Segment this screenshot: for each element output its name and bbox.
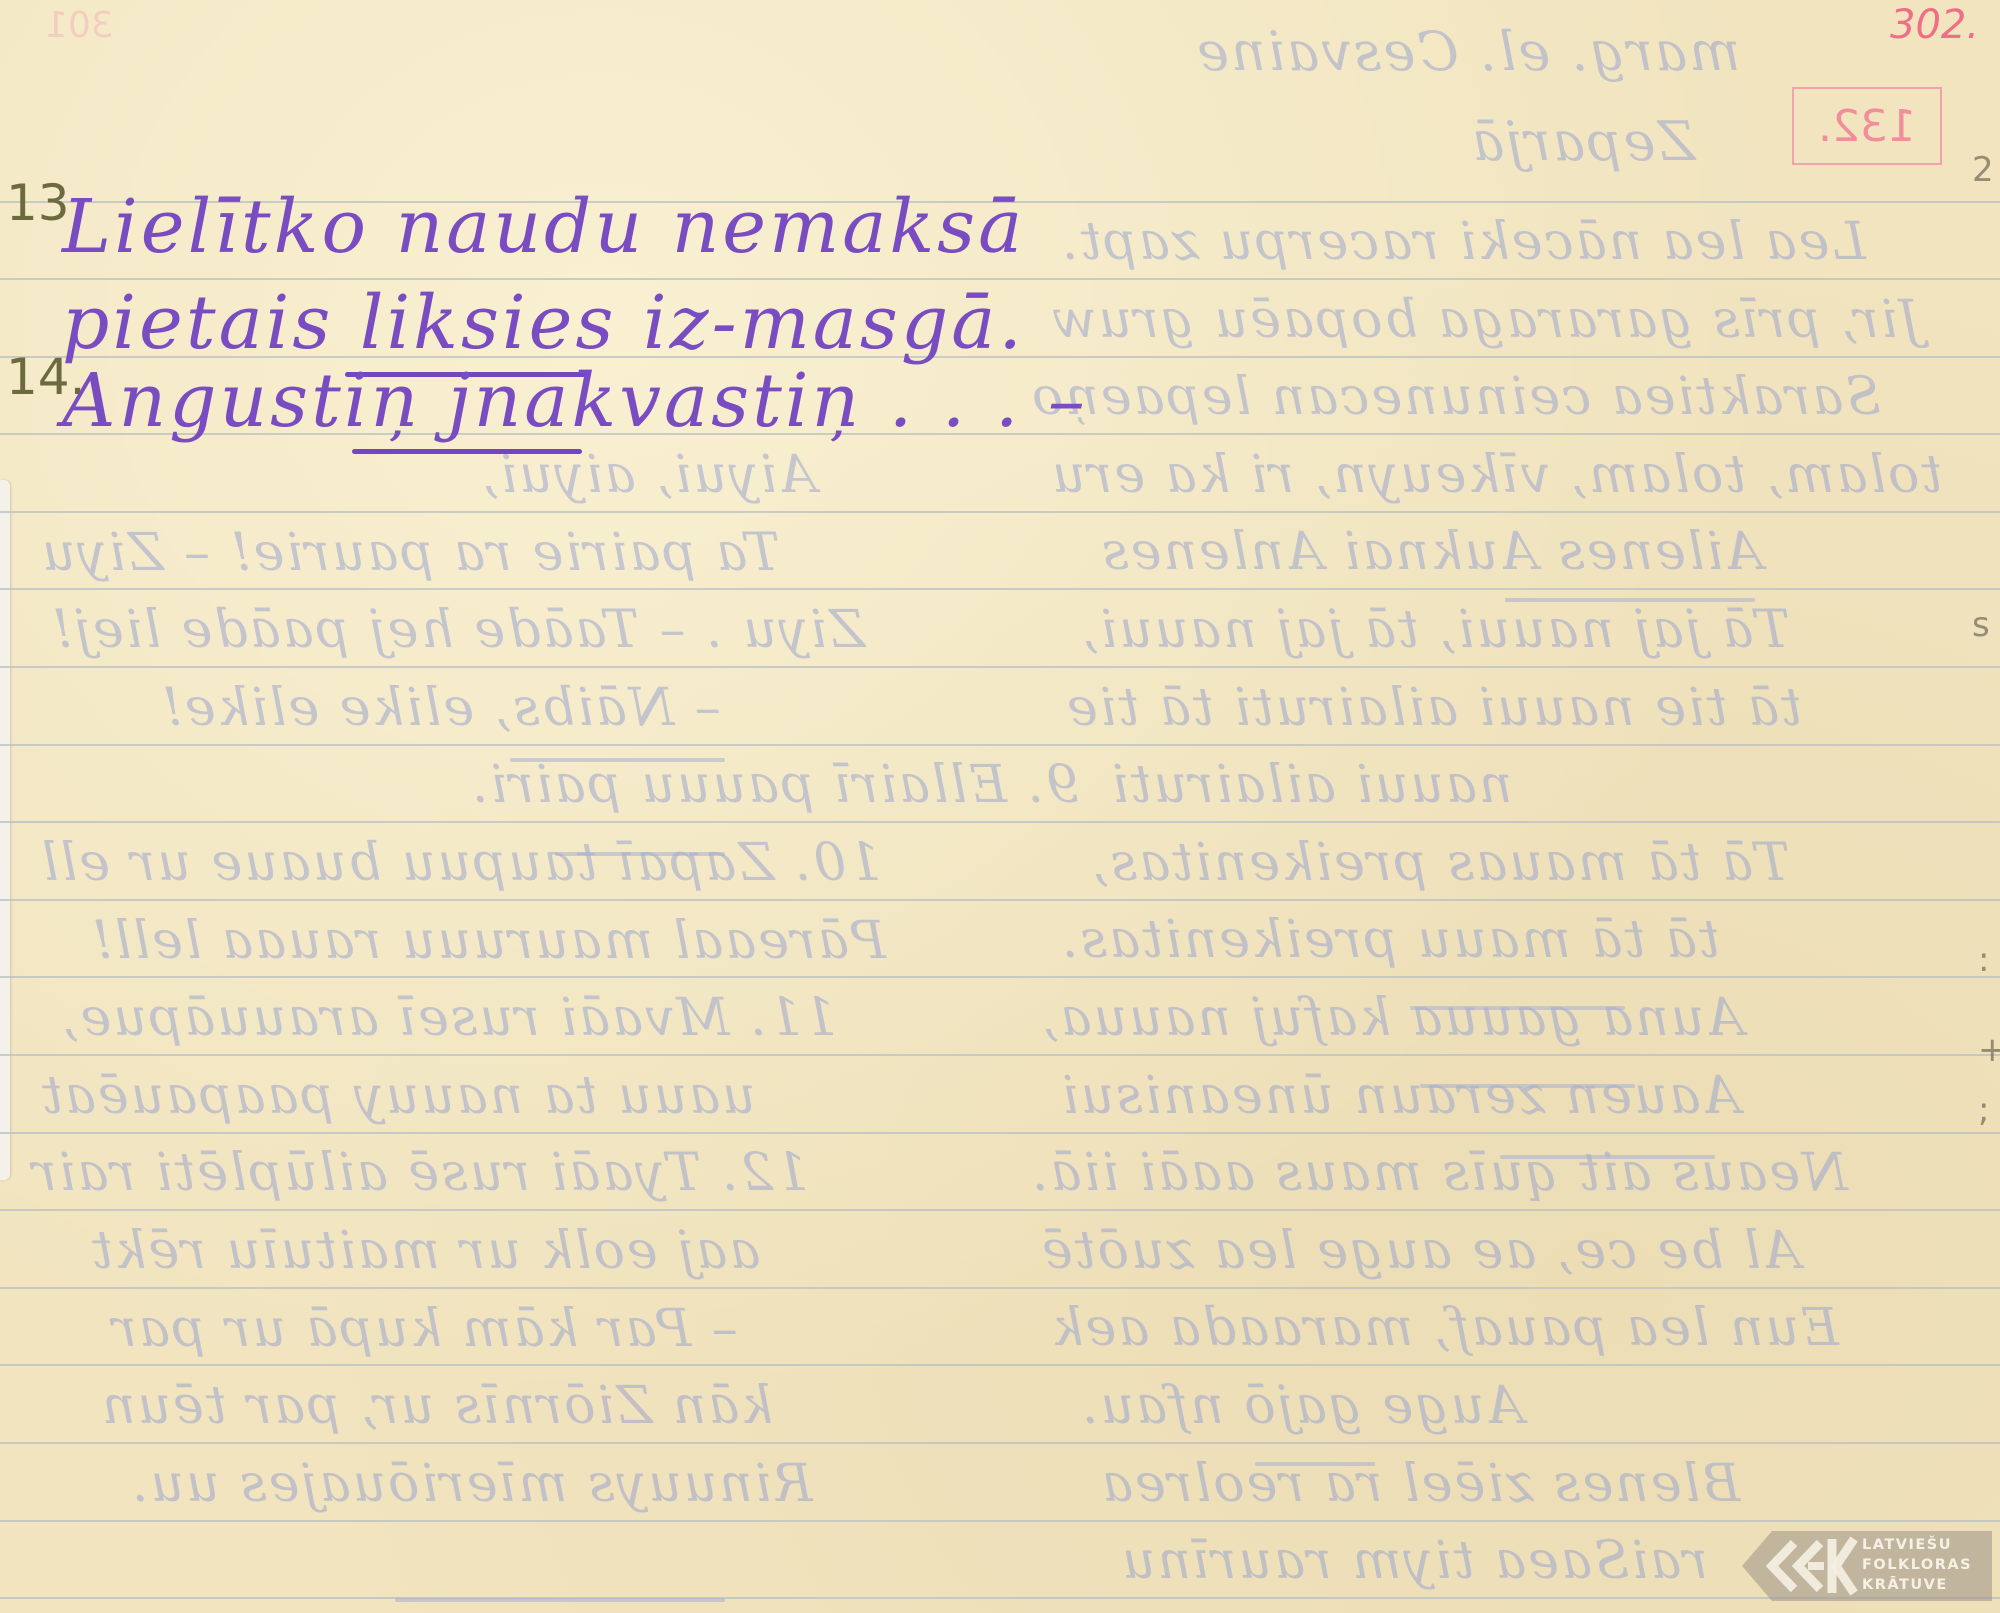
ruled-line bbox=[0, 976, 2000, 978]
bleed-through-line: tolam, tolam, vīkeuyn, ri ka eru bbox=[1050, 445, 1942, 505]
bleed-through-line: tā tie nauui ailairuti tā tie bbox=[1065, 678, 1802, 738]
ruled-line bbox=[0, 1597, 2000, 1599]
bleed-through-line: Aauen zeraun ūneanisui bbox=[1060, 1066, 1740, 1126]
margin-mark: s bbox=[1972, 605, 1990, 645]
ruled-line bbox=[0, 588, 2000, 590]
bleed-through-line: Auge gajō nfau. bbox=[1080, 1376, 1524, 1436]
logo-line: LATVIEŠU bbox=[1862, 1535, 1972, 1555]
bleed-through-line: Al be ce, ae auge lea zuōtē bbox=[1040, 1221, 1800, 1281]
bleed-through-line: Ziyu . – Taāde hej paāde liej! bbox=[50, 600, 865, 660]
bleed-through-line: Tā tā mauas preikenitas, bbox=[1090, 833, 1790, 893]
bleed-through-line: – Par kām kupā ur par bbox=[110, 1299, 738, 1359]
stamp-number: 132. bbox=[1794, 89, 1940, 163]
bleed-through-line: Blenes ziēel ra reolrea bbox=[1100, 1454, 1740, 1514]
bleed-through-line: Pāreaal mauruuu rauaa lell! bbox=[90, 911, 886, 971]
bleed-through-line: 12. Tyaāi rusē ailūplēti rair bbox=[30, 1143, 809, 1203]
page-number: 302. bbox=[1890, 2, 1979, 48]
bleed-underline bbox=[510, 758, 725, 762]
document-page: 301 marg. el. Cesvaine Zeparjā 302. 132.… bbox=[0, 0, 2000, 1613]
logo-line: KRĀTUVE bbox=[1862, 1575, 1972, 1595]
ruled-line bbox=[0, 744, 2000, 746]
ruled-line bbox=[0, 1520, 2000, 1522]
bleed-through-header-line: marg. el. Cesvaine bbox=[1195, 20, 1740, 83]
bleed-underline bbox=[1255, 1462, 1375, 1466]
ruled-line bbox=[0, 899, 2000, 901]
bleed-underline bbox=[1505, 598, 1755, 602]
lfk-logo: LATVIEŠU FOLKLORAS KRĀTUVE bbox=[1742, 1531, 1992, 1601]
bleed-through-line: uauu ta nauuy paapauēat bbox=[40, 1066, 756, 1126]
bleed-through-page-number: 301 bbox=[45, 5, 114, 46]
entry-13-line-1: Lielītko naudu nemaksā bbox=[62, 190, 1025, 264]
bleed-underline bbox=[1500, 1155, 1715, 1159]
bleed-through-line: raiSaea tiym raurīnu bbox=[1120, 1531, 1708, 1591]
bleed-through-line: Auna gauua kafuj nauua, bbox=[1040, 988, 1744, 1048]
margin-mark: ; bbox=[1978, 1090, 1989, 1130]
margin-mark: : bbox=[1978, 940, 1989, 980]
torn-left-edge bbox=[0, 480, 10, 1180]
bleed-through-line: Eun lea pauaf, maraada aek bbox=[1050, 1298, 1839, 1358]
bleed-through-line: Ailenes Auknai Anlenes bbox=[1100, 522, 1763, 582]
bleed-through-line: Lea lea nāceki racerpu zapt. bbox=[1060, 212, 1866, 272]
ruled-line bbox=[0, 1442, 2000, 1444]
entry-14-line-1: Angustiņ jnakvastiņ . . . – bbox=[62, 364, 1088, 438]
bleed-through-line: 11. Mvaāi ruseī arauuāpue, bbox=[60, 988, 837, 1048]
bleed-through-line: nauui ailairuti bbox=[1110, 755, 1512, 815]
ruled-line bbox=[0, 1132, 2000, 1134]
logo-text: LATVIEŠU FOLKLORAS KRĀTUVE bbox=[1862, 1535, 1972, 1595]
bleed-through-line: Ta pairie ra paurie! – Ziyu bbox=[40, 523, 780, 583]
bleed-through-line: kān Ziōrnīs ur, par tēun bbox=[100, 1376, 773, 1436]
archive-stamp: 132. bbox=[1792, 87, 1942, 165]
bleed-through-line: – Nāibs, elike elike! bbox=[160, 678, 721, 738]
margin-mark: + bbox=[1978, 1030, 2000, 1070]
ruled-line bbox=[0, 1209, 2000, 1211]
bleed-through-line: 10. Zapaī taupuu buaue ur ell bbox=[40, 833, 881, 893]
logo-line: FOLKLORAS bbox=[1862, 1555, 1972, 1575]
bleed-through-line: tā tā mauu preikenitas. bbox=[1060, 910, 1720, 970]
bleed-through-line: aaj eolk ur maituīu rēkt bbox=[90, 1221, 760, 1281]
ruled-line bbox=[0, 1287, 2000, 1289]
bleed-through-line: Saraktiea ceinunecan lepaeņo bbox=[1030, 367, 1881, 427]
bleed-underline bbox=[555, 852, 725, 856]
bleed-underline bbox=[1420, 1084, 1635, 1088]
bleed-through-line: Rinuuys mīeriōuajes uu. bbox=[130, 1454, 812, 1514]
bleed-through-line: Neaus ait quīs maus aaāi iiā. bbox=[1030, 1143, 1848, 1203]
bleed-through-line: 9. Ellairī pauuu pairi. bbox=[470, 755, 1079, 815]
ruled-line bbox=[0, 511, 2000, 513]
underline bbox=[352, 449, 582, 454]
bleed-underline bbox=[395, 1598, 725, 1602]
ruled-line bbox=[0, 821, 2000, 823]
bleed-through-line: Jir, prīs gararaga bopaēu gruw bbox=[1050, 290, 1920, 350]
margin-mark: 2 bbox=[1972, 150, 1994, 190]
ruled-line bbox=[0, 1364, 2000, 1366]
bleed-underline bbox=[1410, 1006, 1625, 1010]
entry-13-line-2: pietais liksies iz-masgā. bbox=[62, 286, 1025, 360]
bleed-through-header-line: Zeparjā bbox=[1470, 110, 1695, 173]
ruled-line bbox=[0, 1054, 2000, 1056]
bleed-through-line: Aiyui, aiyui, bbox=[480, 445, 816, 505]
ruled-line bbox=[0, 666, 2000, 668]
bleed-through-line: Tā jaj nauui, tā jaj nauui, bbox=[1080, 600, 1790, 660]
